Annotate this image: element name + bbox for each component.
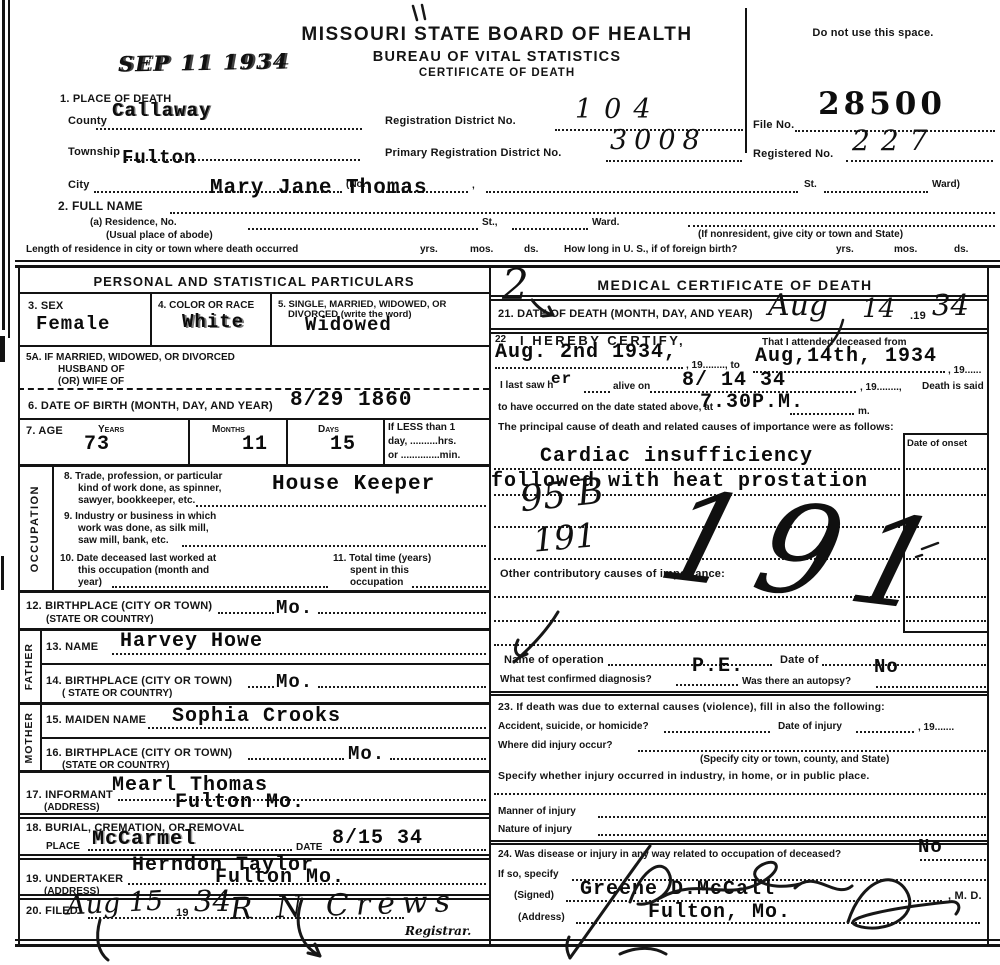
hrs-label: day, ..........hrs. xyxy=(388,436,456,447)
autopsy-value: No xyxy=(874,656,899,678)
scan-edge-artifact xyxy=(1,556,4,590)
attended-from-value: Aug. 2nd 1934, xyxy=(495,341,677,364)
ds-label-2: ds. xyxy=(954,244,968,255)
registered-no-value: 227 xyxy=(852,124,938,157)
specify-line xyxy=(494,793,986,795)
industry-line xyxy=(182,545,486,547)
attended-to-value: Aug,14th, 1934 xyxy=(755,345,937,368)
sex-value: Female xyxy=(36,313,110,335)
ds-label: ds. xyxy=(524,244,538,255)
line xyxy=(489,691,987,693)
undertaker-address-value: Fulton Mo. xyxy=(215,866,345,889)
line xyxy=(489,840,987,842)
specify-whether-label: Specify whether injury occurred in indus… xyxy=(498,770,869,782)
registrar-signature: R N Crews xyxy=(229,884,457,927)
specify-city-note: (Specify city or town, county, and State… xyxy=(700,754,889,765)
accident-line xyxy=(664,731,770,733)
spouse-label-3: (OR) WIFE OF xyxy=(58,376,124,387)
race-value: White xyxy=(182,311,244,333)
residence-st-line xyxy=(512,228,588,230)
last-worked-line xyxy=(112,586,328,588)
trade-label-1: 8. Trade, profession, or particular xyxy=(64,471,222,482)
residence-st-label: St., xyxy=(482,217,498,228)
full-name-line xyxy=(170,212,995,214)
right-border xyxy=(987,265,989,947)
medical-section-header: MEDICAL CERTIFICATE OF DEATH xyxy=(500,277,970,293)
industry-label-2: work was done, as silk mill, xyxy=(78,523,209,534)
yrs-label: yrs. xyxy=(420,244,438,255)
trade-line xyxy=(196,505,486,507)
saw-19-label: , 19........, xyxy=(860,382,902,393)
township-value: Fulton xyxy=(122,147,196,169)
autopsy-label: Was there an autopsy? xyxy=(742,676,851,687)
full-name-value: Mary Jane Thomas xyxy=(210,177,428,200)
line xyxy=(18,292,489,294)
undertaker-label: 19. UNDERTAKER xyxy=(26,873,123,885)
md-label: , M. D. xyxy=(948,890,982,902)
burial-place-label: PLACE xyxy=(46,841,80,852)
spouse-label-2: HUSBAND OF xyxy=(58,364,125,375)
diagnosis-line xyxy=(676,684,738,686)
cause-line-6b xyxy=(906,620,986,622)
top-edge-pen-marks xyxy=(413,5,425,20)
father-name-value: Harvey Howe xyxy=(120,630,263,653)
principal-cause-label: The principal cause of death and related… xyxy=(498,421,894,433)
where-injury-label: Where did injury occur? xyxy=(498,740,612,751)
city-ward-label: Ward) xyxy=(932,179,960,190)
header-divider-vertical xyxy=(745,8,747,153)
city-comma: , xyxy=(472,180,475,191)
foreign-birth-label: How long in U. S., if of foreign birth? xyxy=(564,244,737,255)
spouse-label-1: 5A. IF MARRIED, WIDOWED, OR DIVORCED xyxy=(26,352,235,363)
alive-on-label: alive on xyxy=(613,381,650,392)
line xyxy=(18,388,489,390)
total-time-label-1: 11. Total time (years) xyxy=(333,553,431,564)
certificate-subtitle: CERTIFICATE OF DEATH xyxy=(247,67,747,79)
mother-name-value: Sophia Crooks xyxy=(172,705,341,728)
city-ward-line xyxy=(824,191,928,193)
bottom-rule-2 xyxy=(15,944,1000,947)
cause-line-7 xyxy=(494,644,986,646)
father-side-label-text: FATHER xyxy=(23,643,35,690)
injury-date-label: Date of injury xyxy=(778,721,842,732)
dob-label: 6. DATE OF BIRTH (MONTH, DAY, AND YEAR) xyxy=(28,400,273,412)
mother-birthplace-value: Mo. xyxy=(348,743,385,765)
age-years-value: 73 xyxy=(84,433,110,456)
county-line xyxy=(96,128,362,130)
cause-code-large-handwriting: 191 xyxy=(645,462,969,643)
injury-date-line xyxy=(856,731,914,733)
age-months-value: 11 xyxy=(242,433,268,456)
line xyxy=(40,737,489,739)
cause-line-6 xyxy=(494,620,900,622)
line xyxy=(18,770,489,773)
trade-label-2: kind of work done, as spinner, xyxy=(78,483,221,494)
last-worked-label-1: 10. Date deceased last worked at xyxy=(60,553,216,564)
trade-value: House Keeper xyxy=(272,473,435,496)
cause-line-1b xyxy=(906,468,986,470)
yrs-label-2: yrs. xyxy=(836,244,854,255)
file-no-label: File No. xyxy=(753,119,794,131)
filed-year-prefix: 19 xyxy=(176,907,189,919)
nature-injury-label: Nature of injury xyxy=(498,824,572,835)
board-title: MISSOURI STATE BOARD OF HEALTH xyxy=(247,24,747,46)
father-birthplace-value: Mo. xyxy=(276,671,313,693)
date-of-death-label: 21. DATE OF DEATH (MONTH, DAY, AND YEAR) xyxy=(498,308,753,320)
age-label: 7. AGE xyxy=(26,425,63,437)
industry-label-1: 9. Industry or business in which xyxy=(64,511,216,522)
father-name-line xyxy=(112,653,486,655)
less-than-one-label: If LESS than 1 xyxy=(388,422,455,433)
residence-line xyxy=(248,228,478,230)
occupation-side-label-text: OCCUPATION xyxy=(29,485,41,572)
cause-code-a-handwriting: 95 B xyxy=(518,471,606,521)
death-time-line xyxy=(790,413,854,415)
scan-edge-artifact xyxy=(8,0,10,338)
sex-label: 3. SEX xyxy=(28,300,63,312)
left-border xyxy=(18,265,20,947)
industry-label-3: saw mill, bank, etc. xyxy=(78,535,169,546)
item24-line xyxy=(920,859,986,861)
manner-injury-label: Manner of injury xyxy=(498,806,576,817)
township-label: Township xyxy=(68,146,120,158)
birthplace-sub-label: (STATE OR COUNTRY) xyxy=(46,614,154,625)
dob-value: 8/29 1860 xyxy=(290,389,412,412)
line xyxy=(188,418,190,466)
mos-label-2: mos. xyxy=(894,244,917,255)
primary-registration-label: Primary Registration District No. xyxy=(385,147,562,159)
line xyxy=(150,292,152,347)
scan-edge-artifact xyxy=(0,336,5,362)
m-label: m. xyxy=(858,406,870,417)
cause-code-b-handwriting: 191 xyxy=(531,515,597,559)
line xyxy=(489,328,987,330)
bureau-subtitle: BUREAU OF VITAL STATISTICS xyxy=(247,49,747,65)
min-label: or ..............min. xyxy=(388,450,460,461)
mos-label: mos. xyxy=(470,244,493,255)
last-saw-label: I last saw h xyxy=(500,380,553,391)
father-side-label: FATHER xyxy=(18,631,40,702)
county-value: Callaway xyxy=(112,100,211,122)
date-of-death-month: Aug xyxy=(768,288,828,323)
signed-label: (Signed) xyxy=(514,890,554,901)
registrar-label: Registrar. xyxy=(405,924,471,938)
residence-ward-label: Ward. xyxy=(592,217,619,228)
item24-label: 24. Was disease or injury in any way rel… xyxy=(498,849,841,860)
informant-sub-label: (ADDRESS) xyxy=(44,802,100,813)
line xyxy=(383,418,385,466)
do-not-use-note: Do not use this space. xyxy=(768,27,978,39)
last-saw-line-1 xyxy=(584,391,610,393)
to-19-label: , 19...... xyxy=(948,365,981,376)
death-certificate-scan: SEP 11 1934 MISSOURI STATE BOARD OF HEAL… xyxy=(0,0,1000,965)
line xyxy=(18,817,489,819)
race-label: 4. COLOR OR RACE xyxy=(158,300,254,311)
operation-date-label: Date of xyxy=(780,654,819,666)
scan-edge-artifact xyxy=(2,0,5,330)
marital-value: Widowed xyxy=(305,314,392,336)
onset-box-top xyxy=(903,433,988,435)
accident-label: Accident, suicide, or homicide? xyxy=(498,721,649,732)
operation-line xyxy=(608,664,772,666)
attended-from-line xyxy=(495,367,683,369)
mother-side-label-text: MOTHER xyxy=(23,712,35,764)
birthplace-line-2 xyxy=(318,612,486,614)
abode-note: (Usual place of abode) xyxy=(106,230,213,241)
father-birthplace-line-1 xyxy=(248,686,274,688)
residence-label: (a) Residence, No. xyxy=(90,217,177,228)
full-name-label: 2. FULL NAME xyxy=(58,199,143,213)
father-birthplace-label: 14. BIRTHPLACE (CITY OR TOWN) xyxy=(46,675,232,687)
date-of-death-year: 34 xyxy=(932,288,969,322)
father-birthplace-sub: ( STATE OR COUNTRY) xyxy=(62,688,172,699)
burial-date-label: DATE xyxy=(296,842,322,853)
birthplace-value: Mo. xyxy=(276,597,313,619)
date-of-death-year-prefix: .19 xyxy=(910,310,926,322)
registered-no-label: Registered No. xyxy=(753,148,833,160)
if-so-label: If so, specify xyxy=(498,869,559,880)
filed-year-handwriting: 34 xyxy=(194,884,231,918)
township-line xyxy=(126,159,360,161)
operation-date-line xyxy=(822,664,986,666)
diagnosis-label: What test confirmed diagnosis? xyxy=(500,674,652,685)
bottom-rule-1 xyxy=(15,939,1000,941)
birthplace-line-1 xyxy=(218,612,274,614)
city-label: City xyxy=(68,179,90,191)
father-name-label: 13. NAME xyxy=(46,641,98,653)
registration-district-label: Registration District No. xyxy=(385,115,516,127)
registration-district-value: 104 xyxy=(575,94,663,125)
physician-address-value: Fulton, Mo. xyxy=(648,901,791,924)
birthplace-label: 12. BIRTHPLACE (CITY OR TOWN) xyxy=(26,600,212,612)
mother-birthplace-label: 16. BIRTHPLACE (CITY OR TOWN) xyxy=(46,747,232,759)
last-saw-er-value: er xyxy=(551,370,572,388)
cause-of-death-1: Cardiac insufficiency xyxy=(540,445,813,468)
operation-value: P.E. xyxy=(692,655,744,678)
total-time-line xyxy=(412,586,486,588)
burial-date-line xyxy=(330,849,486,851)
bottom-center-pen-mark xyxy=(620,948,666,954)
item23-label: 23. If death was due to external causes … xyxy=(498,701,885,713)
line xyxy=(18,464,489,467)
line xyxy=(286,418,288,466)
mother-name-label: 15. MAIDEN NAME xyxy=(46,714,146,726)
signature-diagonal-stroke xyxy=(567,846,650,958)
total-time-label-3: occupation xyxy=(350,577,403,588)
death-time-value: 7.30P.M. xyxy=(700,391,804,414)
length-residence-label: Length of residence in city or town wher… xyxy=(26,244,298,255)
mother-birthplace-line-1 xyxy=(248,758,344,760)
total-time-label-2: spent in this xyxy=(350,565,409,576)
line xyxy=(52,467,54,590)
related-value: No xyxy=(918,836,943,858)
operation-label: Name of operation xyxy=(504,654,604,666)
line xyxy=(40,631,42,702)
autopsy-line xyxy=(876,686,986,688)
last-saw-date-value: 8/ 14 34 xyxy=(682,369,786,392)
city-st-label: St. xyxy=(804,179,817,190)
informant-label: 17. INFORMANT xyxy=(26,789,113,801)
trade-label-3: sawyer, bookkeeper, etc. xyxy=(78,495,195,506)
manner-injury-line xyxy=(598,816,986,818)
line xyxy=(18,345,489,347)
months-label: Months xyxy=(212,424,245,435)
last-worked-label-3: year) xyxy=(78,577,102,588)
physician-name-value: Greene D.McCall xyxy=(580,878,775,901)
line xyxy=(489,843,987,845)
line xyxy=(18,590,489,593)
line xyxy=(489,694,987,696)
primary-registration-value: 3008 xyxy=(610,125,707,156)
injury-19-label: , 19....... xyxy=(918,722,954,733)
line xyxy=(489,299,987,301)
mother-side-label: MOTHER xyxy=(18,705,40,770)
line xyxy=(18,813,489,815)
burial-place-line xyxy=(88,849,292,851)
line xyxy=(40,663,489,665)
personal-section-header: PERSONAL AND STATISTICAL PARTICULARS xyxy=(20,274,488,289)
occupation-side-label: OCCUPATION xyxy=(18,467,52,590)
line xyxy=(489,295,987,297)
burial-date-value: 8/15 34 xyxy=(332,827,423,850)
burial-place-value: McCarmel xyxy=(92,828,196,851)
address-label: (Address) xyxy=(518,912,565,923)
registered-no-line xyxy=(846,160,993,162)
occurred-at-label: to have occurred on the date stated abov… xyxy=(498,402,713,413)
date-of-death-day: 14 xyxy=(862,294,895,324)
mother-name-line xyxy=(148,727,486,729)
father-birthplace-line-2 xyxy=(318,686,486,688)
residence-nonresident-line xyxy=(688,225,995,227)
where-injury-line xyxy=(638,750,986,752)
line xyxy=(18,418,489,420)
line xyxy=(270,292,272,347)
informant-address-value: Fulton Mo. xyxy=(175,791,305,814)
file-no-value: 28500 xyxy=(812,86,952,122)
age-days-value: 15 xyxy=(330,433,356,456)
primary-registration-line xyxy=(606,160,742,162)
city-street-line xyxy=(486,191,798,193)
death-said-label: Death is said xyxy=(922,381,984,392)
county-label: County xyxy=(68,115,107,127)
onset-label: Date of onset xyxy=(907,438,967,449)
mother-birthplace-line-2 xyxy=(390,758,486,760)
last-worked-label-2: this occupation (month and xyxy=(78,565,209,576)
nonresident-note: (If nonresident, give city or town and S… xyxy=(698,229,903,240)
